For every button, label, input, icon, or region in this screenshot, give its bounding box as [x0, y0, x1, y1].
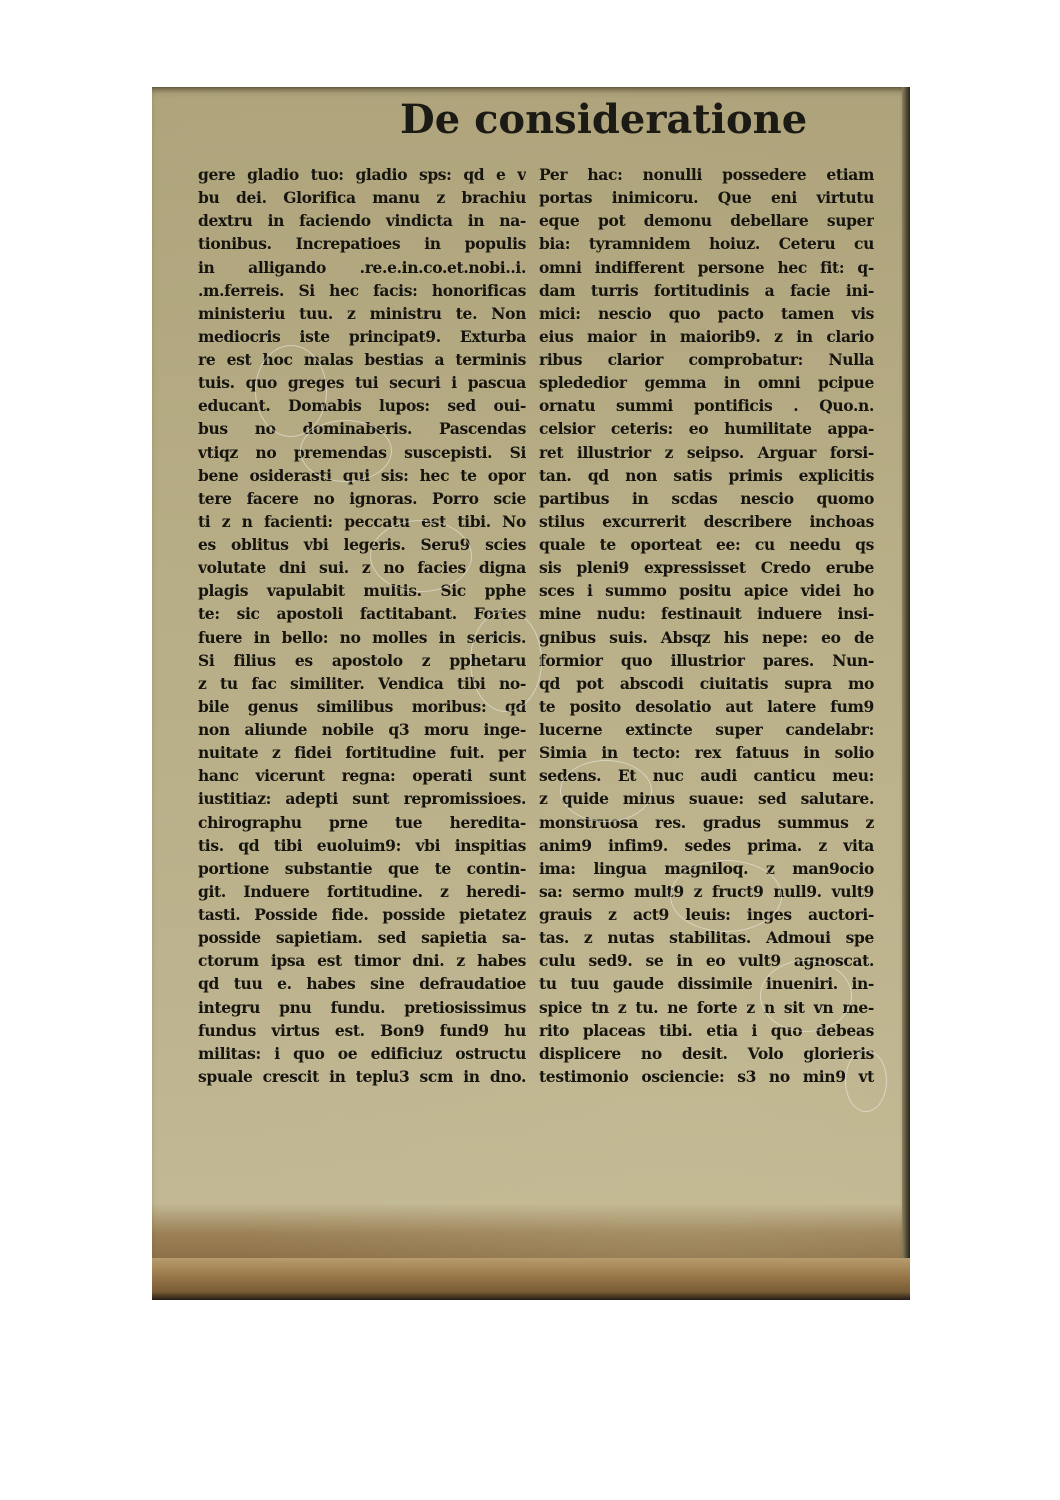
text-line: portione substantie que te contin-: [198, 857, 526, 880]
text-line: mediocris iste principat9. Exturba: [198, 325, 526, 348]
page-edge-right: [902, 87, 910, 1300]
text-column-left: gere gladio tuo: gladio sps: qd e vbu de…: [198, 163, 526, 1088]
text-line: ima: lingua magniloq. z man9ocio: [539, 857, 874, 880]
text-line: hanc vicerunt regna: operati sunt: [198, 764, 526, 787]
text-line: mici: nescio quo pacto tamen vis: [539, 302, 874, 325]
text-line: tan. qd non satis primis explicitis: [539, 464, 874, 487]
text-line: Per hac: nonulli possedere etiam: [539, 163, 874, 186]
text-line: dextru in faciendo vindicta in na-: [198, 209, 526, 232]
text-line: iustitiaz: adepti sunt repromissioes.: [198, 787, 526, 810]
text-line: plagis vapulabit multis. Sic pphe: [198, 579, 526, 602]
text-line: ministeriu tuu. z ministru te. Non: [198, 302, 526, 325]
text-line: celsior ceteris: eo humilitate appa-: [539, 417, 874, 440]
text-line: sces i summo positu apice videi ho: [539, 579, 874, 602]
text-line: tas. z nutas stabilitas. Admoui spe: [539, 926, 874, 949]
text-line: grauis z act9 leuis: inges auctori-: [539, 903, 874, 926]
text-line: re est hoc malas bestias a terminis: [198, 348, 526, 371]
text-line: splededior gemma in omni pcipue: [539, 371, 874, 394]
text-line: bile genus similibus moribus: qd: [198, 695, 526, 718]
text-line: tu tuu gaude dissimile inueniri. in-: [539, 972, 874, 995]
text-line: educant. Domabis lupos: sed oui-: [198, 394, 526, 417]
text-line: sa: sermo mult9 z fruct9 null9. vult9: [539, 880, 874, 903]
text-line: tis. qd tibi euoluim9: vbi inspitias: [198, 834, 526, 857]
text-line: Si filius es apostolo z pphetaru: [198, 649, 526, 672]
text-line: volutate dni sui. z no facies digna: [198, 556, 526, 579]
text-line: non aliunde nobile q3 moru inge-: [198, 718, 526, 741]
text-line: .m.ferreis. Si hec facis: honorificas: [198, 279, 526, 302]
text-line: gnibus suis. Absqz his nepe: eo de: [539, 626, 874, 649]
text-line: culu sed9. se in eo vult9 agnoscat.: [539, 949, 874, 972]
text-line: Simia in tecto: rex fatuus in solio: [539, 741, 874, 764]
text-line: spuale crescit in teplu3 scm in dno.: [198, 1065, 526, 1088]
text-line: in alligando .re.e.in.co.et.nobi..i.: [198, 256, 526, 279]
text-line: integru pnu fundu. pretiosissimus: [198, 996, 526, 1019]
text-line: monstruosa res. gradus summus z: [539, 811, 874, 834]
text-line: eius maior in maiorib9. z in clario: [539, 325, 874, 348]
text-line: militas: i quo oe edificiuz ostructu: [198, 1042, 526, 1065]
text-line: tere facere no ignoras. Porro scie: [198, 487, 526, 510]
text-line: posside sapietiam. sed sapietia sa-: [198, 926, 526, 949]
text-line: nuitate z fidei fortitudine fuit. per: [198, 741, 526, 764]
text-line: bu dei. Glorifica manu z brachiu: [198, 186, 526, 209]
text-line: git. Induere fortitudine. z heredi-: [198, 880, 526, 903]
text-line: eque pot demonu debellare super: [539, 209, 874, 232]
text-line: spice tn z tu. ne forte z n sit vn me-: [539, 996, 874, 1019]
running-head-title: De consideratione: [400, 96, 780, 143]
text-line: portas inimicoru. Que eni virtutu: [539, 186, 874, 209]
text-line: vtiqz no premendas suscepisti. Si: [198, 441, 526, 464]
text-column-right: Per hac: nonulli possedere etiamportas i…: [539, 163, 874, 1088]
text-line: tasti. Posside fide. posside pietatez: [198, 903, 526, 926]
text-line: ret illustrior z seipso. Arguar forsi-: [539, 441, 874, 464]
text-line: gere gladio tuo: gladio sps: qd e v: [198, 163, 526, 186]
text-line: qd pot abscodi ciuitatis supra mo: [539, 672, 874, 695]
text-line: fundus virtus est. Bon9 fund9 hu: [198, 1019, 526, 1042]
text-line: tionibus. Increpatioes in populis: [198, 232, 526, 255]
text-line: ribus clarior comprobatur: Nulla: [539, 348, 874, 371]
page-edge-bottom: [152, 1258, 910, 1300]
text-line: sedens. Et nuc audi canticu meu:: [539, 764, 874, 787]
text-line: rito placeas tibi. etia i quo debeas: [539, 1019, 874, 1042]
text-line: bia: tyramnidem hoiuz. Ceteru cu: [539, 232, 874, 255]
text-line: quale te oporteat ee: cu needu qs: [539, 533, 874, 556]
text-line: bus no dominaberis. Pascendas: [198, 417, 526, 440]
text-line: lucerne extincte super candelabr:: [539, 718, 874, 741]
text-line: anim9 infim9. sedes prima. z vita: [539, 834, 874, 857]
text-line: ctorum ipsa est timor dni. z habes: [198, 949, 526, 972]
text-line: ornatu summi pontificis . Quo.n.: [539, 394, 874, 417]
text-line: qd tuu e. habes sine defraudatioe: [198, 972, 526, 995]
text-line: te: sic apostoli factitabant. Fortes: [198, 602, 526, 625]
text-line: testimonio osciencie: s3 no min9 vt: [539, 1065, 874, 1088]
text-line: stilus excurrerit describere inchoas: [539, 510, 874, 533]
text-line: ti z n facienti: peccatu est tibi. No: [198, 510, 526, 533]
text-line: fuere in bello: no molles in sericis.: [198, 626, 526, 649]
text-line: z quide minus suaue: sed salutare.: [539, 787, 874, 810]
text-line: partibus in scdas nescio quomo: [539, 487, 874, 510]
text-line: chirographu prne tue heredita-: [198, 811, 526, 834]
text-line: omni indifferent persone hec fit: q-: [539, 256, 874, 279]
text-line: te posito desolatio aut latere fum9: [539, 695, 874, 718]
text-line: tuis. quo greges tui securi i pascua: [198, 371, 526, 394]
text-line: mine nudu: festinauit induere insi-: [539, 602, 874, 625]
text-line: es oblitus vbi legeris. Seru9 scies: [198, 533, 526, 556]
text-line: displicere no desit. Volo glorieris: [539, 1042, 874, 1065]
text-line: sis pleni9 expressisset Credo erube: [539, 556, 874, 579]
text-line: dam turris fortitudinis a facie ini-: [539, 279, 874, 302]
text-line: z tu fac similiter. Vendica tibi no-: [198, 672, 526, 695]
text-line: formior quo illustrior pares. Nun-: [539, 649, 874, 672]
text-line: bene osiderasti qui sis: hec te opor: [198, 464, 526, 487]
